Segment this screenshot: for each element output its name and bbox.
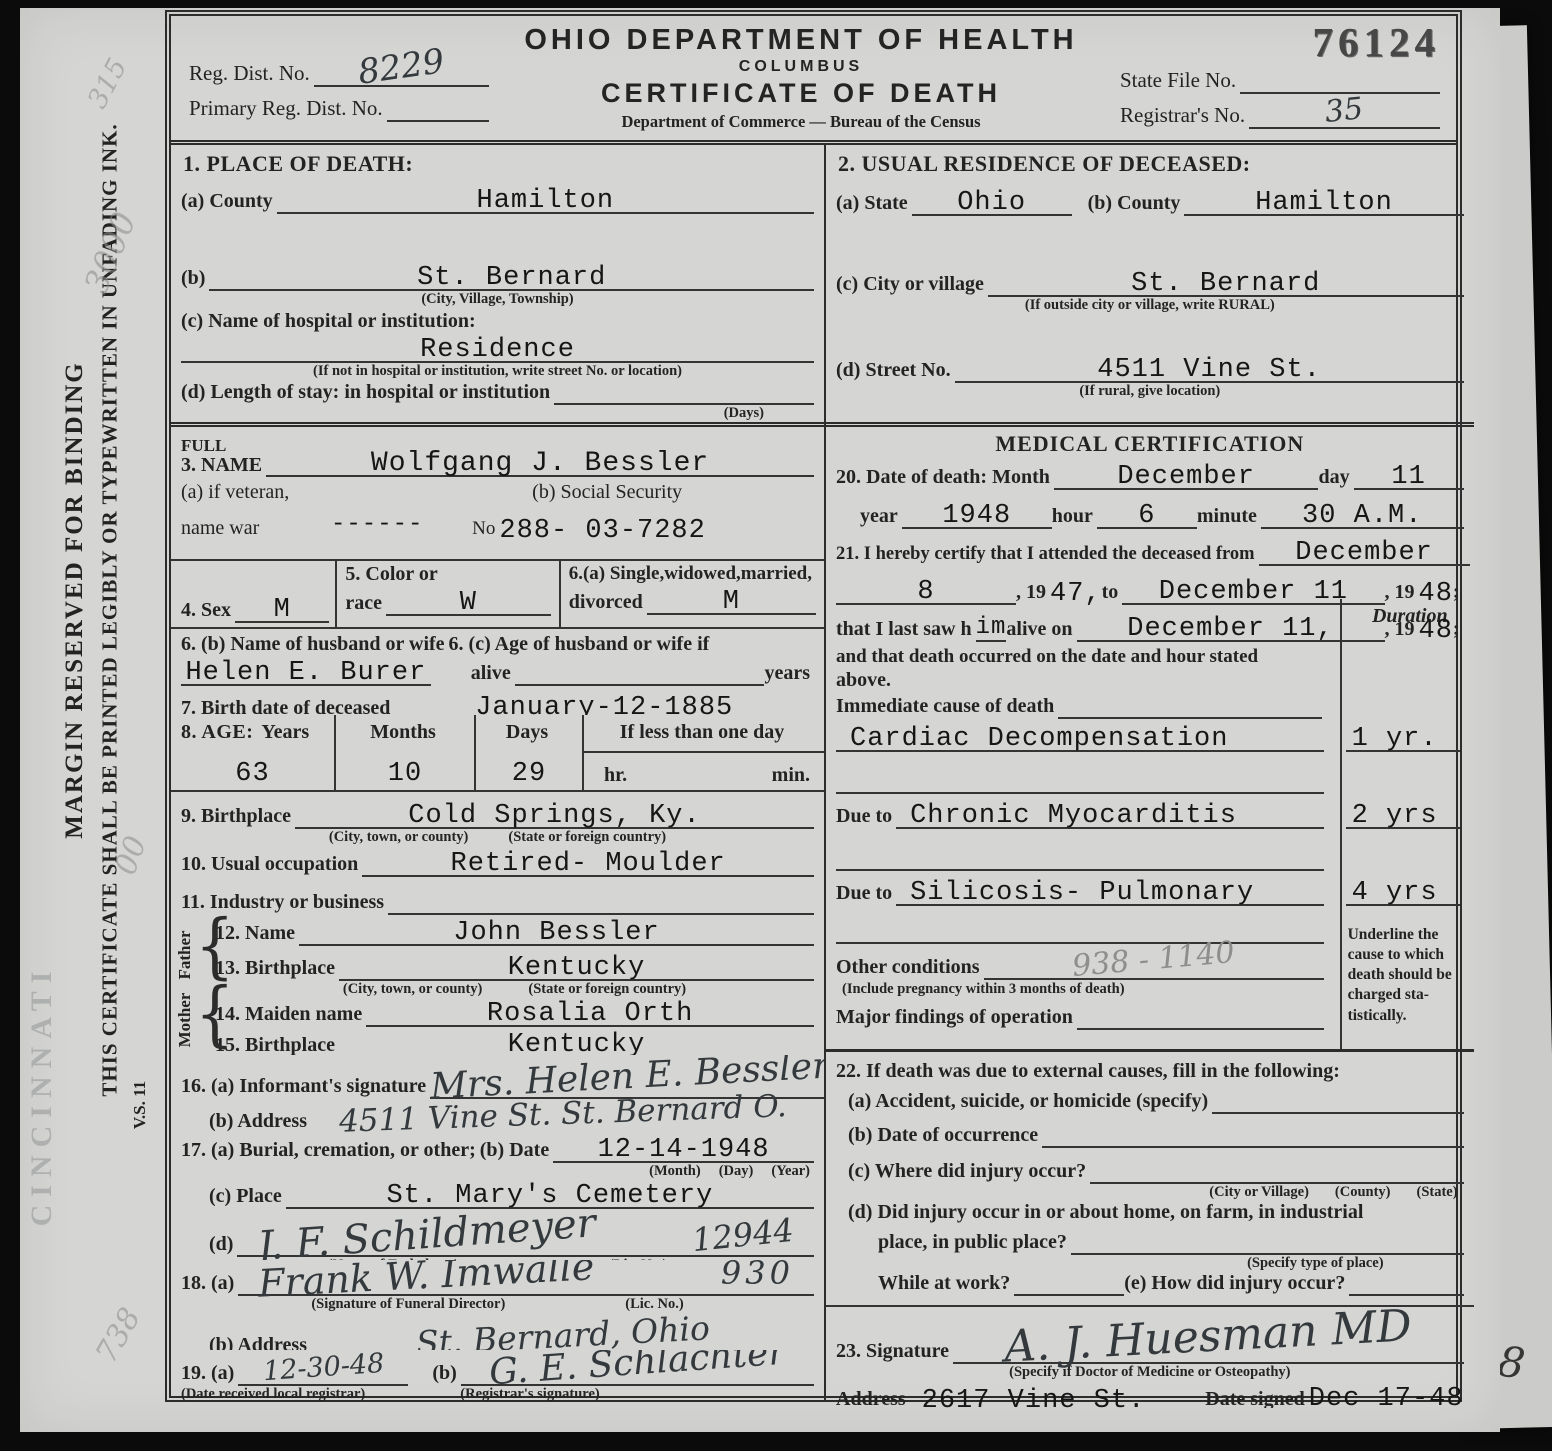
physician-date-label: Date signed [1205, 1388, 1308, 1408]
certify-semi1: ; [1453, 581, 1464, 605]
residence-street-value: 4511 Vine St. [1097, 355, 1321, 385]
occurred-label: and that death occurred on the date and … [836, 646, 1262, 669]
dod-hour-line: 6 [1097, 500, 1197, 529]
mother-name-value: Rosalia Orth [487, 999, 693, 1029]
birthdate-label: 7. Birth date of deceased [181, 697, 394, 715]
registrar-no-label: Registrar's No. [1120, 103, 1249, 129]
external-c-line [1090, 1176, 1463, 1184]
name-label: 3. NAME [181, 455, 266, 477]
duration1-cell: 1 yr. [1346, 723, 1460, 752]
ssn-label: (b) Social Security [472, 481, 814, 505]
section-medical: Duration Underline the cause to which de… [826, 427, 1474, 1052]
pod-c-caption: (If not in hospital or institution, writ… [313, 363, 682, 380]
marital-line: M [647, 586, 816, 615]
ssn-value: 288- 03-7282 [499, 516, 705, 546]
certify-semi2: ; [1453, 618, 1464, 642]
certify-from-day: 8 [917, 577, 934, 607]
duration1-value: 1 yr. [1352, 724, 1438, 754]
marital-label2: divorced [569, 591, 647, 615]
father-bp-cap2: (State or foreign country) [528, 981, 686, 998]
director-line: Frank W. Imwalle 930 [238, 1264, 814, 1296]
burial-year-cap: (Year) [771, 1163, 810, 1180]
binding-margin-text: MARGIN RESERVED FOR BINDING [61, 361, 89, 838]
age-head-days: Days [476, 715, 584, 753]
dod-hour-label: hour [1052, 505, 1097, 529]
burial-day-cap: (Day) [719, 1163, 754, 1180]
external-c-label: (c) Where did injury occur? [848, 1160, 1090, 1184]
spouse-value: Helen E. Burer [185, 658, 426, 688]
dod-minute: 30 A.M. [1302, 501, 1422, 531]
mother-name-label: 14. Maiden name [215, 1003, 366, 1027]
reg-dist-block: Reg. Dist. No. 8229 Primary Reg. Dist. N… [189, 56, 489, 122]
mother-vertical-label: Mother [175, 993, 195, 1048]
dod-year: 1948 [942, 501, 1011, 531]
section-physician: 23. Signature A. J. Huesman MD (Specify … [826, 1305, 1474, 1408]
name-line: Wolfgang J. Bessler [266, 447, 814, 477]
pencil-scribble-2: 3000 [76, 206, 144, 298]
reg-dist-value: 8229 [357, 48, 446, 87]
blank-line-3 [836, 936, 1324, 944]
burial-date-line: 12-14-1948 [553, 1134, 814, 1163]
age-hr-label: hr. [604, 764, 631, 788]
cause2-value: Chronic Myocarditis [910, 801, 1237, 831]
race-value: W [460, 588, 477, 618]
age-months-value: 10 [388, 759, 422, 789]
sex-label: 4. Sex [181, 599, 235, 623]
residence-county-label: (b) County [1072, 192, 1185, 216]
duration2-cell: 2 yrs [1346, 800, 1460, 829]
birthdate-value: January-12-1885 [475, 693, 733, 715]
mother-bp-line: Kentucky [339, 1029, 814, 1055]
section-parents: Father Mother { { 12. Name John Bessler … [171, 915, 824, 1055]
birthplace-value: Cold Springs, Ky. [408, 801, 700, 831]
veteran-ssn-row: (a) if veteran, name war ------ (b) Soci… [171, 477, 824, 561]
residence-state-label: (a) State [836, 192, 912, 216]
residence-county-value: Hamilton [1255, 188, 1393, 218]
physician-sig-value: A. J. Huesman MD [1004, 1308, 1413, 1364]
director-addr-value: St. Bernard, Ohio [415, 1316, 710, 1350]
alive-suffix: years [764, 662, 814, 686]
alive-line [515, 678, 765, 686]
veteran-value: ------ [331, 513, 423, 537]
file-number-block: 76124 State File No. Registrar's No. 35 [1120, 18, 1440, 129]
residence-city-line: St. Bernard [988, 268, 1464, 297]
dod-month-line: December [1054, 461, 1319, 490]
header-titles: OHIO DEPARTMENT OF HEALTH COLUMBUS CERTI… [501, 24, 1101, 132]
certify-to-value: December 11 [1159, 577, 1348, 607]
registrar-date-line: 12-30-48 [238, 1360, 408, 1386]
section-informant: 16. (a) Informant's signature Mrs. Helen… [171, 1055, 824, 1132]
spouse-label2: 6. (c) Age of husband or wife if [449, 633, 714, 657]
father-vertical-label: Father [175, 930, 195, 979]
age-months-cell: 10 [336, 753, 476, 790]
residence-city-caption: (If outside city or village, write RURAL… [1025, 297, 1275, 314]
certificate-form: Reg. Dist. No. 8229 Primary Reg. Dist. N… [165, 10, 1462, 1402]
spouse-label: 6. (b) Name of husband or wife [181, 633, 449, 657]
cause2-line: Chronic Myocarditis [896, 800, 1323, 829]
duration3-value: 4 yrs [1352, 878, 1438, 908]
age-months-label: Months [370, 721, 440, 744]
father-bp-value: Kentucky [508, 953, 646, 983]
immediate-line [1058, 711, 1321, 719]
above-label: above. [836, 669, 895, 693]
section-burial: 17. (a) Burial, cremation, or other; (b)… [171, 1132, 824, 1260]
lastsaw-year: 48 [1419, 618, 1453, 645]
section-name: FULL 3. NAME Wolfgang J. Bessler (a) if … [171, 427, 824, 715]
pod-county-line: Hamilton [277, 185, 814, 214]
age-head-less: If less than one day [584, 715, 824, 753]
spouse-line: Helen E. Burer [181, 657, 431, 686]
external-work-line [1014, 1288, 1124, 1296]
external-b-label: (b) Date of occurrence [848, 1124, 1042, 1148]
burial-label: 17. (a) Burial, cremation, or other; [181, 1139, 480, 1163]
lastsaw-label: that I last saw h [836, 618, 976, 642]
dod-day: 11 [1391, 462, 1425, 492]
registrar-sig-value: G. E. Schlachter [488, 1350, 786, 1388]
dod-label: 20. Date of death: Month [836, 466, 1054, 490]
external-d-caption: (Specify type of place) [1247, 1255, 1384, 1272]
sex-line: M [235, 594, 329, 623]
physician-addr-label: Address [836, 1388, 910, 1408]
lastsaw-him: im [976, 616, 1007, 642]
birthdate-line: January-12-1885 [394, 692, 814, 715]
pencil-scribble-1: 315 [82, 53, 134, 113]
registrar-no-line: 35 [1249, 101, 1440, 129]
scanned-death-certificate: 8 MARGIN RESERVED FOR BINDING THIS CERTI… [0, 0, 1552, 1451]
race-label1: 5. Color or [345, 563, 550, 587]
birthplace-line: Cold Springs, Ky. [295, 800, 814, 829]
residence-street-caption: (If rural, give location) [1079, 383, 1220, 400]
dod-day-line: 11 [1354, 461, 1464, 490]
lastsaw-line: December 11, [1077, 613, 1385, 642]
father-name-line: John Bessler [299, 917, 814, 946]
city-subtitle: COLUMBUS [501, 58, 1101, 76]
duration2-value: 2 yrs [1352, 801, 1438, 831]
doc-title: CERTIFICATE OF DEATH [501, 78, 1101, 109]
dod-day-label: day [1318, 466, 1353, 490]
residence-heading: 2. USUAL RESIDENCE OF DECEASED: [826, 151, 1474, 177]
residence-city-value: St. Bernard [1131, 269, 1320, 299]
age-min-label: min. [772, 764, 814, 788]
pod-heading: 1. PLACE OF DEATH: [171, 151, 824, 177]
pod-d-label: (d) Length of stay: in hospital or insti… [181, 381, 554, 405]
section-age: 8. AGE: Years Months Days If less than o… [171, 715, 824, 792]
ssn-no-label: No [472, 518, 499, 540]
residence-county-line: Hamilton [1184, 187, 1463, 216]
director-addr-line: St. Bernard, Ohio [311, 1327, 814, 1350]
cause1-line: Cardiac Decompensation [836, 723, 1324, 752]
section-funeral-director: 18. (a) Frank W. Imwalle 930 (Signature … [171, 1260, 824, 1350]
veteran-label1: (a) if veteran, [181, 481, 472, 505]
dod-year-line: 1948 [902, 500, 1052, 529]
file-number-stamp: 76124 [1120, 18, 1440, 66]
certify-19b: , 19 [1385, 581, 1419, 605]
form-header: Reg. Dist. No. 8229 Primary Reg. Dist. N… [171, 16, 1456, 145]
section-external-causes: 22. If death was due to external causes,… [826, 1052, 1474, 1305]
duration3-cell: 4 yrs [1346, 877, 1460, 906]
primary-reg-label: Primary Reg. Dist. No. [189, 96, 387, 122]
occupation-value: Retired- Moulder [451, 849, 726, 879]
director-lic-value: 930 [721, 1261, 794, 1287]
external-d-label1: (d) Did injury occur in or about home, o… [848, 1201, 1367, 1225]
occupation-label: 10. Usual occupation [181, 853, 362, 877]
registrar-label-a: 19. (a) [181, 1362, 238, 1386]
certify-label: 21. I hereby certify that I attended the… [836, 544, 1259, 566]
veteran-block: (a) if veteran, name war ------ [181, 481, 472, 559]
embalmer-sig-value: J. F. Schildmeyer [257, 1207, 597, 1260]
sex-race-marital-row: 4. Sex M 5. Color or race W [171, 561, 824, 629]
residence-state-line: Ohio [912, 187, 1072, 216]
primary-reg-line [387, 114, 489, 122]
section-registrar: 19. (a) 12-30-48 (b) G. E. Schlachter (D… [171, 1350, 824, 1410]
embalmer-label: (d) [181, 1233, 237, 1257]
external-d-label2: place, in public place? [878, 1231, 1071, 1255]
age-head-months: Months [336, 715, 476, 753]
pencil-scribble-4: 738 [89, 1302, 148, 1369]
director-label: 18. (a) [181, 1272, 238, 1296]
age-years-cell: 63 [171, 753, 336, 790]
reg-dist-line: 8229 [314, 56, 489, 87]
age-days-label: Days [506, 721, 552, 744]
age-heading: 8. AGE: [181, 721, 253, 743]
physician-sig-label: 23. Signature [836, 1340, 953, 1364]
residence-street-line: 4511 Vine St. [955, 354, 1464, 383]
op-label: Major findings of operation [836, 1006, 1077, 1030]
state-file-label: State File No. [1120, 68, 1240, 94]
op-line [1077, 1022, 1324, 1030]
sex-cell: 4. Sex M [171, 561, 337, 627]
registrar-label-b: (b) [408, 1362, 460, 1386]
external-a-line [1212, 1106, 1463, 1114]
external-a-label: (a) Accident, suicide, or homicide (spec… [848, 1090, 1212, 1114]
marital-cell: 6.(a) Single,widowed,married, divorced M [561, 561, 824, 627]
external-e-line [1349, 1288, 1463, 1296]
physician-date-line: Dec 17-48 [1309, 1383, 1464, 1408]
physician-sig-line: A. J. Huesman MD [953, 1325, 1464, 1364]
lastsaw-value: December 11, [1127, 614, 1333, 644]
external-b-line [1042, 1140, 1463, 1148]
certify-19a: , 19 [1016, 581, 1050, 605]
burial-month-cap: (Month) [649, 1163, 701, 1180]
dept-title: OHIO DEPARTMENT OF HEALTH [501, 24, 1101, 57]
registrar-date-caption: (Date received local registrar) [181, 1386, 365, 1403]
sex-value: M [274, 595, 291, 625]
bp-cap1: (City, town, or county) [329, 829, 469, 846]
bp-cap2: (State or foreign country) [508, 829, 666, 846]
other-line: 938 - 1140 [984, 952, 1324, 980]
dod-minute-line: 30 A.M. [1261, 500, 1464, 529]
age-hr-line [631, 782, 771, 788]
external-c-cap3: (State) [1417, 1184, 1458, 1201]
faint-margin-stamp: CINCINNATI [25, 964, 59, 1227]
dod-minute-label: minute [1197, 505, 1261, 529]
pod-county-label: (a) County [181, 190, 277, 214]
certify-fromday-line: 8 [836, 576, 1016, 605]
birthplace-label: 9. Birthplace [181, 805, 295, 829]
aliveon-label: alive on [1006, 618, 1076, 642]
residence-state-value: Ohio [957, 188, 1026, 218]
certify-from-month: December [1295, 538, 1433, 568]
embalmer-line: J. F. Schildmeyer 12944 [237, 1223, 814, 1257]
informant-sig-label: 16. (a) Informant's signature [181, 1075, 430, 1099]
age-years-value: 63 [235, 759, 269, 789]
marital-value: M [723, 587, 740, 617]
pod-county-value: Hamilton [477, 186, 615, 216]
dueto1-label: Due to [836, 805, 896, 829]
residence-street-label: (d) Street No. [836, 359, 955, 383]
occupation-line: Retired- Moulder [362, 848, 814, 877]
informant-addr-value: 4511 Vine St. St. Bernard O. [338, 1094, 786, 1132]
race-cell: 5. Color or race W [337, 561, 560, 627]
veteran-label2: name war [181, 517, 472, 541]
other-value-pencil: 938 - 1140 [1071, 941, 1235, 979]
residence-city-label: (c) City or village [836, 273, 988, 297]
name-label-block: FULL 3. NAME [181, 437, 266, 477]
marital-label1: 6.(a) Single,widowed,married, [569, 563, 816, 586]
medical-heading: MEDICAL CERTIFICATION [826, 431, 1474, 457]
dod-hour: 6 [1138, 501, 1155, 531]
dod-year-label: year [860, 505, 902, 529]
industry-line [388, 907, 814, 915]
alive-label: alive [431, 662, 515, 686]
certify-to-line: December 11 [1122, 576, 1384, 605]
informant-addr-label: (b) Address [181, 1110, 311, 1132]
name-value: Wolfgang J. Bessler [371, 448, 709, 479]
pod-d-line [554, 397, 814, 405]
blank-line-1 [836, 786, 1324, 794]
blank-line-2 [836, 863, 1324, 871]
immediate-label: Immediate cause of death [836, 695, 1058, 719]
burial-date-label: (b) Date [480, 1139, 553, 1163]
full-label: FULL [181, 437, 266, 455]
registrar-sig-line: G. E. Schlachter [461, 1354, 814, 1386]
other-caption: (Include pregnancy within 3 months of de… [842, 981, 1125, 997]
section-residence: 2. USUAL RESIDENCE OF DECEASED: (a) Stat… [826, 145, 1474, 427]
pod-b-caption: (City, Village, Township) [421, 291, 573, 308]
external-e-label: (e) How did injury occur? [1124, 1272, 1349, 1296]
cause1-value: Cardiac Decompensation [850, 724, 1228, 754]
mother-name-line: Rosalia Orth [366, 998, 814, 1027]
informant-addr-line: 4511 Vine St. St. Bernard O. [311, 1105, 814, 1132]
race-label2: race [345, 592, 386, 616]
registrar-date-value: 12-30-48 [262, 1353, 385, 1383]
registrar-no-value: 35 [1324, 97, 1364, 125]
certify-from-line: December [1259, 537, 1470, 566]
certificate-paper: MARGIN RESERVED FOR BINDING THIS CERTIFI… [20, 8, 1500, 1432]
section-place-of-death: 1. PLACE OF DEATH: (a) County Hamilton (… [171, 145, 824, 427]
pod-days-caption: (Days) [724, 405, 764, 422]
embalmer-lic-value: 12944 [691, 1218, 795, 1254]
age-years-label: Years [261, 721, 313, 744]
pod-b-label: (b) [181, 267, 209, 291]
ssn-block: (b) Social Security No288- 03-7282 [472, 481, 814, 559]
physician-addr-value: 2617 Vine St. [922, 1388, 1146, 1408]
director-addr-label: (b) Address [181, 1334, 311, 1350]
age-less-cell: hr. min. [584, 753, 824, 790]
father-bp-cap1: (City, town, or county) [343, 981, 483, 998]
external-c-cap2: (County) [1335, 1184, 1391, 1201]
certify-to-year: 48 [1419, 581, 1453, 608]
industry-label: 11. Industry or business [181, 891, 388, 915]
age-head-years: 8. AGE: Years [171, 715, 336, 753]
father-bp-line: Kentucky [339, 952, 814, 981]
pod-c-value: Residence [420, 335, 575, 365]
dod-month: December [1117, 462, 1255, 492]
burial-place-label: (c) Place [181, 1185, 286, 1209]
certify-from-year: 47, [1050, 581, 1102, 608]
certify-to-label: to [1102, 581, 1123, 605]
physician-date-value: Dec 17-48 [1309, 1384, 1464, 1408]
left-column: 1. PLACE OF DEATH: (a) County Hamilton (… [171, 145, 826, 1401]
external-heading: 22. If death was due to external causes,… [836, 1060, 1344, 1084]
mother-brace: { [195, 972, 234, 1055]
cause3-value: Silicosis- Pulmonary [910, 878, 1254, 908]
age-days-cell: 29 [476, 753, 584, 790]
director-sig-value: Frank W. Imwalle [258, 1260, 595, 1299]
dueto2-label: Due to [836, 882, 896, 906]
burial-date-value: 12-14-1948 [598, 1135, 770, 1165]
reg-dist-label: Reg. Dist. No. [189, 61, 314, 87]
mother-bp-value: Kentucky [508, 1030, 646, 1055]
father-name-value: John Bessler [453, 918, 659, 948]
bureau-line: Department of Commerce — Bureau of the C… [501, 112, 1101, 132]
right-column: 2. USUAL RESIDENCE OF DECEASED: (a) Stat… [826, 145, 1474, 1401]
pod-b-value: St. Bernard [417, 263, 606, 293]
section-birthplace-occupation: 9. Birthplace Cold Springs, Ky. (City, t… [171, 792, 824, 915]
external-work-label: While at work? [878, 1272, 1014, 1296]
age-less-label: If less than one day [620, 721, 788, 744]
external-d-line [1071, 1247, 1464, 1255]
pod-c-line: Residence [181, 334, 814, 363]
other-label: Other conditions [836, 956, 984, 980]
form-number: V.S. 11 [130, 1081, 150, 1129]
pod-c-label: (c) Name of hospital or institution: [181, 310, 480, 334]
external-c-cap1: (City or Village) [1209, 1184, 1309, 1201]
age-days-value: 29 [512, 759, 546, 789]
pod-b-line: St. Bernard [209, 262, 814, 291]
cause3-line: Silicosis- Pulmonary [896, 877, 1323, 906]
race-line: W [386, 587, 551, 616]
